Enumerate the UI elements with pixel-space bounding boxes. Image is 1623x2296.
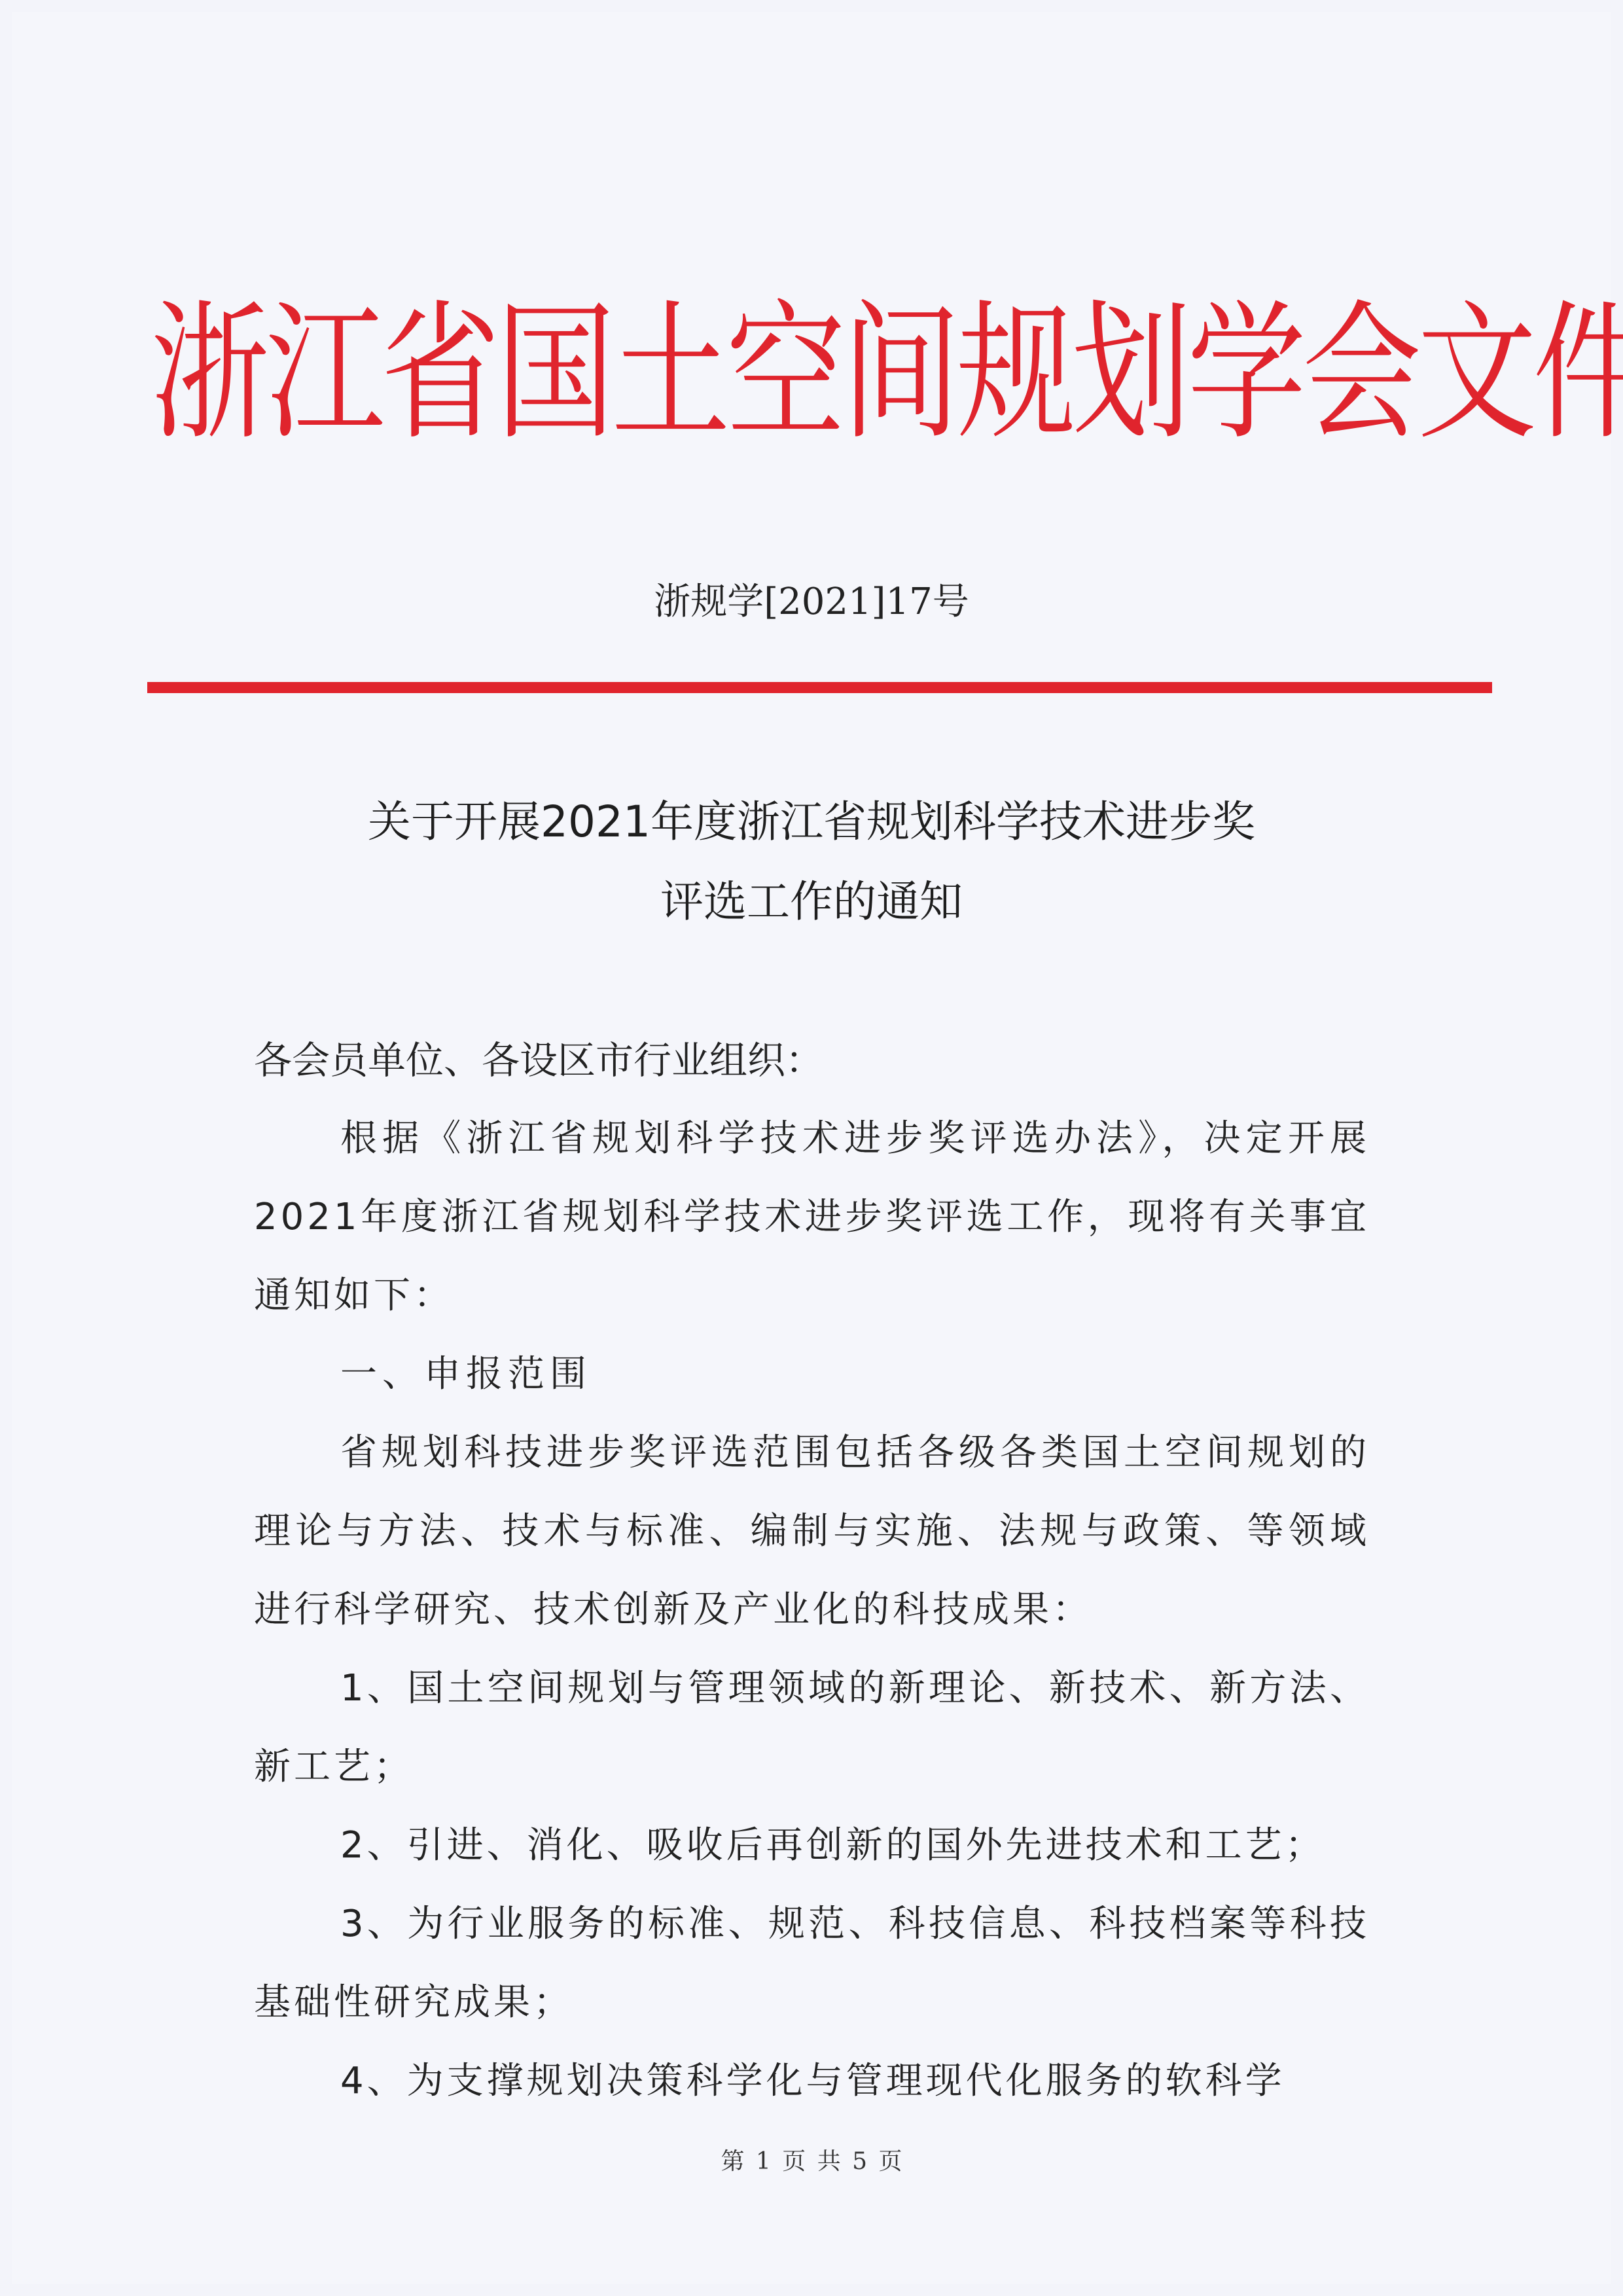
scope-item-1: 1、国土空间规划与管理领域的新理论、新技术、新方法、新工艺； (254, 1649, 1370, 1806)
scope-paragraph: 省规划科技进步奖评选范围包括各级各类国土空间规划的理论与方法、技术与标准、编制与… (254, 1414, 1370, 1649)
issuer-header: 浙江省国土空间规划学会文件 (151, 291, 1479, 455)
red-divider-rule (147, 682, 1492, 693)
document-body: 各会员单位、各设区市行业组织： 根据《浙江省规划科学技术进步奖评选办法》，决定开… (254, 1021, 1370, 2121)
page-indicator: 第 1 页 共 5 页 (0, 2145, 1623, 2178)
scope-item-3: 3、为行业服务的标准、规范、科技信息、科技档案等科技基础性研究成果； (254, 1885, 1370, 2042)
scope-item-2: 2、引进、消化、吸收后再创新的国外先进技术和工艺； (254, 1806, 1370, 1885)
section-heading-scope: 一、申报范围 (254, 1335, 1370, 1414)
document-number: 浙规学[2021]17号 (0, 576, 1623, 628)
salutation: 各会员单位、各设区市行业组织： (254, 1021, 1370, 1100)
notice-title-line-1: 关于开展2021年度浙江省规划科学技术进步奖 (0, 782, 1623, 862)
intro-paragraph: 根据《浙江省规划科学技术进步奖评选办法》，决定开展2021年度浙江省规划科学技术… (254, 1100, 1370, 1335)
scope-item-4: 4、为支撑规划决策科学化与管理现代化服务的软科学 (254, 2042, 1370, 2121)
notice-title-line-2: 评选工作的通知 (0, 862, 1623, 942)
notice-title: 关于开展2021年度浙江省规划科学技术进步奖 评选工作的通知 (0, 782, 1623, 942)
